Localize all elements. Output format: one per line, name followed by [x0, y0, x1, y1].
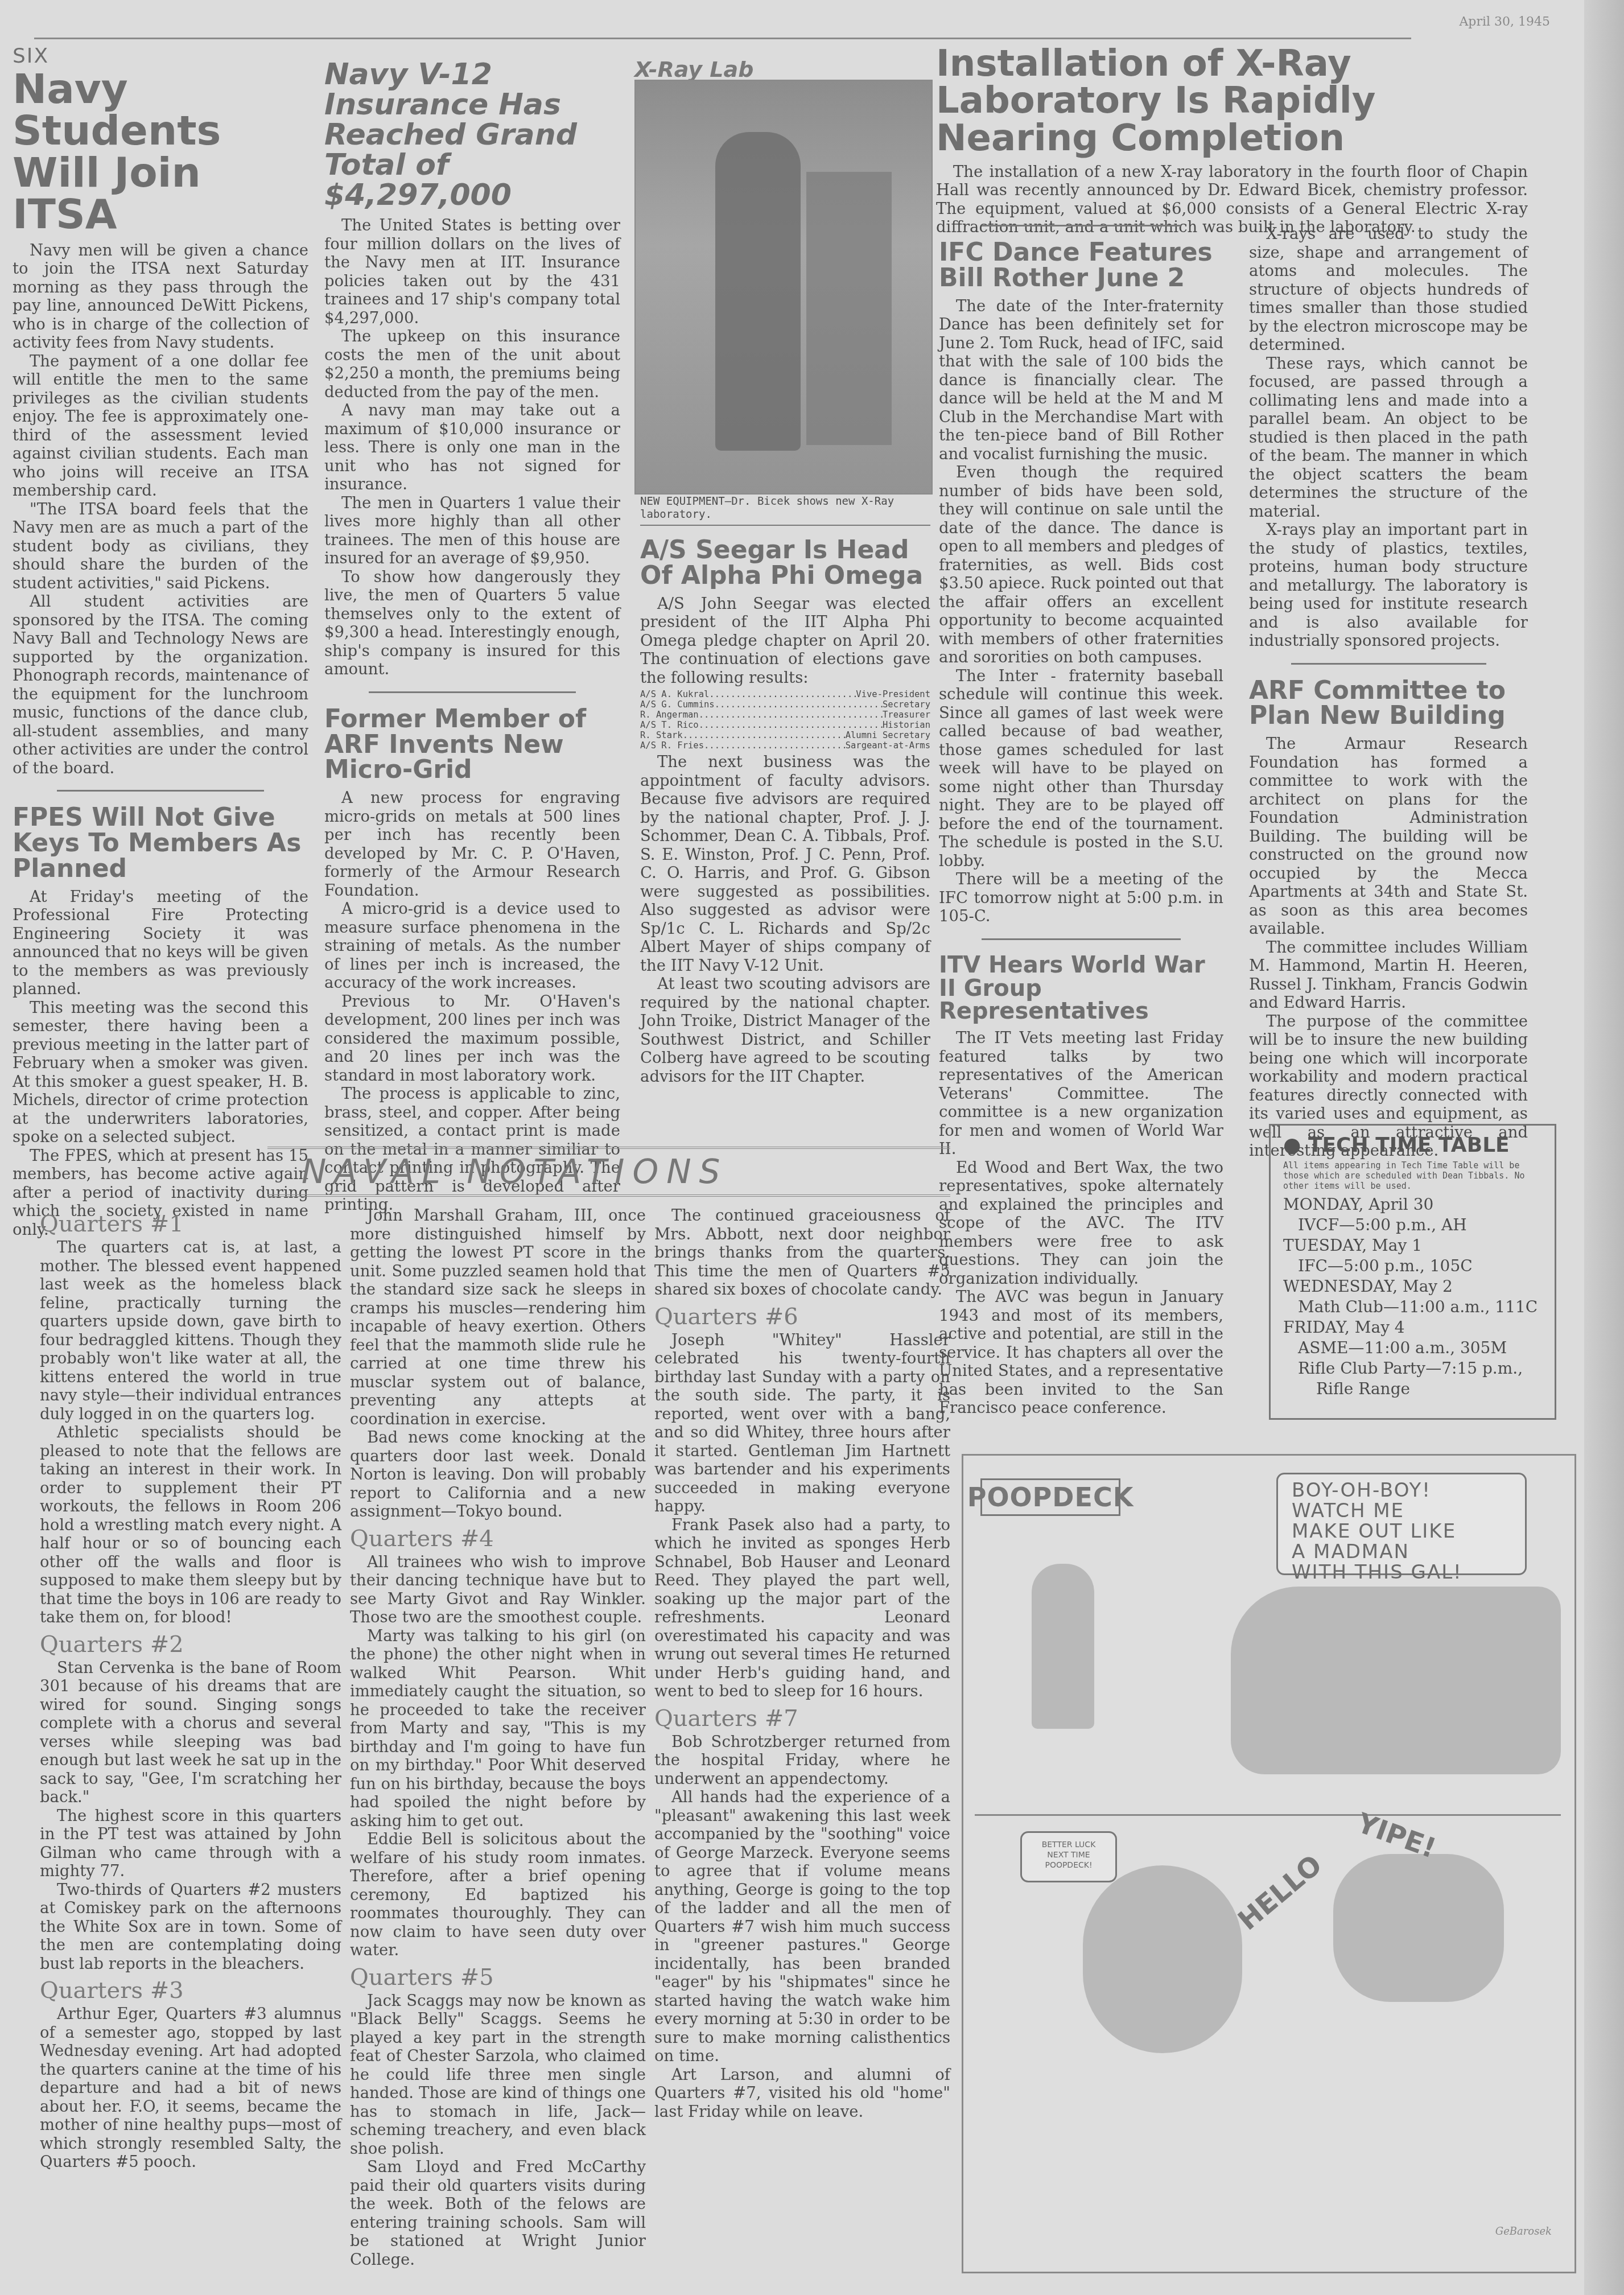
bullet-icon: ●	[1283, 1134, 1308, 1157]
paragraph: This meeting was the second this semeste…	[13, 999, 308, 1147]
paragraph: At Friday's meeting of the Professional …	[13, 888, 308, 999]
paragraph: These rays, which cannot be focused, are…	[1249, 355, 1528, 521]
officer-row: R. AngermanTreasurer	[640, 710, 930, 720]
paragraph: The highest score in this quarters in th…	[40, 1807, 341, 1881]
girl-face-figure	[1083, 1865, 1242, 2053]
officer-row: A/S R. FriesSargeant-at-Arms	[640, 740, 930, 751]
paragraph: "The ITSA board feels that the Navy men …	[13, 500, 308, 593]
timetable-day: FRIDAY, May 4	[1283, 1317, 1542, 1338]
paragraph: All student activities are sponsored by …	[13, 592, 308, 777]
paragraph: The men in Quarters 1 value their lives …	[324, 494, 620, 568]
running-sailor-figure	[1333, 1854, 1504, 2002]
headline: Installation of X-Ray Laboratory Is Rapi…	[936, 46, 1528, 157]
headline: ITV Hears World War II Group Representat…	[939, 954, 1223, 1023]
xray-machine	[806, 172, 892, 445]
headline: A/S Seegar Is Head Of Alpha Phi Omega	[640, 538, 930, 589]
quarters-heading: Quarters #7	[654, 1705, 950, 1732]
paragraph: Bad news come knocking at the quarters d…	[350, 1428, 646, 1521]
banner-title: NAVAL NOTATIONS	[267, 1149, 950, 1194]
paragraph: Art Larson, and alumni of Quarters #7, v…	[654, 2066, 950, 2121]
paragraph: Joseph "Whitey" Hassler celebrated his t…	[654, 1331, 950, 1516]
cartoon-title: POOPDECK	[980, 1478, 1120, 1516]
paragraph: The date of the Inter-fraternity Dance h…	[939, 297, 1223, 464]
headline: FPES Will Not Give Keys To Members As Pl…	[13, 805, 308, 882]
divider	[369, 691, 576, 693]
paragraph: Previous to Mr. O'Haven's development, 2…	[324, 992, 620, 1085]
quarters-heading: Quarters #3	[40, 1977, 341, 2004]
timetable-event: IFC—5:00 p.m., 105C	[1283, 1256, 1542, 1276]
divider	[1291, 663, 1486, 665]
quarters-heading: Quarters #4	[350, 1526, 646, 1552]
headline: Former Member of ARF Invents New Micro-G…	[324, 707, 620, 784]
paragraph: The committee includes William M. Hammon…	[1249, 938, 1528, 1012]
newspaper-page: April 30, 1945 SIX Navy Students Will Jo…	[0, 0, 1624, 2295]
photo-label: X-Ray Lab	[634, 57, 753, 82]
page-number: SIX	[13, 44, 49, 68]
quarters-heading: Quarters #1	[40, 1211, 341, 1237]
paragraph: The continued graceiousness of Mrs. Abbo…	[654, 1206, 950, 1299]
article-ifc: IFC Dance Features Bill Rother June 2 Th…	[939, 225, 1223, 1418]
naval-column-3: The continued graceiousness of Mrs. Abbo…	[654, 1206, 950, 2121]
paragraph: Frank Pasek also had a party, to which h…	[654, 1516, 950, 1701]
sailor-figure	[1231, 1587, 1561, 1774]
paragraph: Ed Wood and Bert Wax, the two representa…	[939, 1159, 1223, 1288]
timetable-event: Rifle Range	[1283, 1379, 1542, 1399]
paragraph: All trainees who wish to improve their d…	[350, 1553, 646, 1627]
poopdeck-cartoon: POOPDECK BOY-OH-BOY! WATCH ME MAKE OUT L…	[962, 1454, 1576, 2273]
divider	[982, 938, 1181, 940]
naval-notations-banner: NAVAL NOTATIONS	[267, 1147, 950, 1197]
paragraph: A/S John Seegar was elected president of…	[640, 595, 930, 687]
article-navy-students: Navy Students Will Join ITSA Navy men wi…	[13, 68, 308, 1239]
paragraph: The quarters cat is, at last, a mother. …	[40, 1238, 341, 1423]
officer-list: A/S A. KukralVive-President A/S G. Cummi…	[640, 689, 930, 751]
article-micro-grid: Former Member of ARF Invents New Micro-G…	[324, 707, 620, 1214]
paragraph: The upkeep on this insurance costs the m…	[324, 327, 620, 401]
paragraph: To show how dangerously they live, the m…	[324, 568, 620, 679]
paragraph: Arthur Eger, Quarters #3 alumnus of a se…	[40, 2005, 341, 2172]
paragraph: Sam Lloyd and Fred McCarthy paid their o…	[350, 2158, 646, 2269]
paragraph: X-rays are used to study the size, shape…	[1249, 225, 1528, 355]
article-seegar: A/S Seegar Is Head Of Alpha Phi Omega A/…	[640, 538, 930, 1086]
article-xray-continued: X-rays are used to study the size, shape…	[1249, 225, 1528, 1160]
page-date: April 30, 1945	[1459, 15, 1550, 29]
timetable-note: All items appearing in Tech Time Table w…	[1283, 1160, 1542, 1191]
officer-row: A/S G. CumminsSecretary	[640, 699, 930, 710]
paragraph: Bob Schrotzberger returned from the hosp…	[654, 1733, 950, 1789]
top-rule	[34, 38, 1411, 39]
article-xray: Installation of X-Ray Laboratory Is Rapi…	[936, 46, 1528, 237]
paragraph: All hands had the experience of a "pleas…	[654, 1788, 950, 2066]
paragraph: Jack Scaggs may now be known as "Black B…	[350, 1992, 646, 2158]
article-fpes: FPES Will Not Give Keys To Members As Pl…	[13, 805, 308, 1239]
divider	[57, 790, 264, 792]
photo-caption: NEW EQUIPMENT—Dr. Bicek shows new X-Ray …	[640, 495, 930, 526]
headline: Navy V-12 Insurance Has Reached Grand To…	[324, 60, 620, 211]
officer-row: A/S T. RicoHistorian	[640, 720, 930, 730]
paragraph: A new process for engraving micro-grids …	[324, 789, 620, 900]
paragraph: A micro-grid is a device used to measure…	[324, 900, 620, 992]
timetable-event: ASME—11:00 a.m., 305M	[1283, 1338, 1542, 1358]
paragraph: Two-thirds of Quarters #2 musters at Com…	[40, 1881, 341, 1973]
tech-time-table: ● TECH TIME TABLE All items appearing in…	[1269, 1124, 1556, 1420]
paragraph: There will be a meeting of the IFC tomor…	[939, 870, 1223, 926]
paragraph: The next business was the appointment of…	[640, 753, 930, 975]
paragraph: The Inter - fraternity baseball schedule…	[939, 667, 1223, 871]
paragraph: Eddie Bell is solicitous about the welfa…	[350, 1830, 646, 1960]
paragraph: The Armaur Research Foundation has forme…	[1249, 735, 1528, 938]
quarters-heading: Quarters #2	[40, 1631, 341, 1658]
divider	[982, 225, 1181, 226]
paragraph: Athletic specialists should be pleased t…	[40, 1423, 341, 1627]
paragraph: The AVC was begun in January 1943 and mo…	[939, 1288, 1223, 1418]
naval-column-1: Quarters #1 The quarters cat is, at last…	[40, 1206, 341, 2172]
quarters-heading: Quarters #5	[350, 1964, 646, 1991]
paragraph: Navy men will be given a chance to join …	[13, 241, 308, 352]
article-arf-building: ARF Committee to Plan New Building The A…	[1249, 678, 1528, 1160]
sfx-hello: HELLO	[1232, 1849, 1328, 1936]
speech-bubble-main: BOY-OH-BOY! WATCH ME MAKE OUT LIKE A MAD…	[1276, 1473, 1527, 1575]
timetable-event: IVCF—5:00 p.m., AH	[1283, 1215, 1542, 1235]
timetable-title: ● TECH TIME TABLE	[1283, 1134, 1542, 1157]
quarters-heading: Quarters #6	[654, 1304, 950, 1330]
headline: ARF Committee to Plan New Building	[1249, 678, 1528, 730]
paragraph: John Marshall Graham, III, once more dis…	[350, 1206, 646, 1428]
article-insurance: Navy V-12 Insurance Has Reached Grand To…	[324, 60, 620, 1214]
timetable-day: WEDNESDAY, May 2	[1283, 1276, 1542, 1297]
paragraph: The payment of a one dollar fee will ent…	[13, 352, 308, 500]
officer-row: R. StarkAlumni Secretary	[640, 730, 930, 740]
paragraph: X-rays play an important part in the stu…	[1249, 521, 1528, 650]
timetable-event: Rifle Club Party—7:15 p.m.,	[1283, 1358, 1542, 1379]
timetable-day: MONDAY, April 30	[1283, 1194, 1542, 1215]
paragraph: At least two scouting advisors are requi…	[640, 975, 930, 1086]
paragraph: A navy man may take out a maximum of $10…	[324, 401, 620, 494]
timetable-event: Math Club—11:00 a.m., 111C	[1283, 1297, 1542, 1317]
headline: Navy Students Will Join ITSA	[13, 68, 308, 236]
paragraph: The IT Vets meeting last Friday featured…	[939, 1029, 1223, 1159]
panel-divider	[975, 1814, 1561, 1816]
paragraph: Even though the required number of bids …	[939, 463, 1223, 667]
timetable-day: TUESDAY, May 1	[1283, 1235, 1542, 1256]
speech-bubble-small: BETTER LUCK NEXT TIME POOPDECK!	[1020, 1831, 1117, 1882]
paragraph: The United States is betting over four m…	[324, 216, 620, 327]
headline: IFC Dance Features Bill Rother June 2	[939, 240, 1223, 291]
person-figure	[715, 132, 801, 451]
xray-lab-photo	[634, 80, 933, 495]
paragraph: Marty was talking to his girl (on the ph…	[350, 1627, 646, 1831]
paragraph: Stan Cervenka is the bane of Room 301 be…	[40, 1659, 341, 1807]
officer-row: A/S A. KukralVive-President	[640, 689, 930, 699]
artist-signature: GeBarosek	[1495, 2226, 1552, 2238]
article-itv: ITV Hears World War II Group Representat…	[939, 954, 1223, 1418]
naval-column-2: John Marshall Graham, III, once more dis…	[350, 1206, 646, 2269]
woman-figure	[1032, 1564, 1094, 1729]
